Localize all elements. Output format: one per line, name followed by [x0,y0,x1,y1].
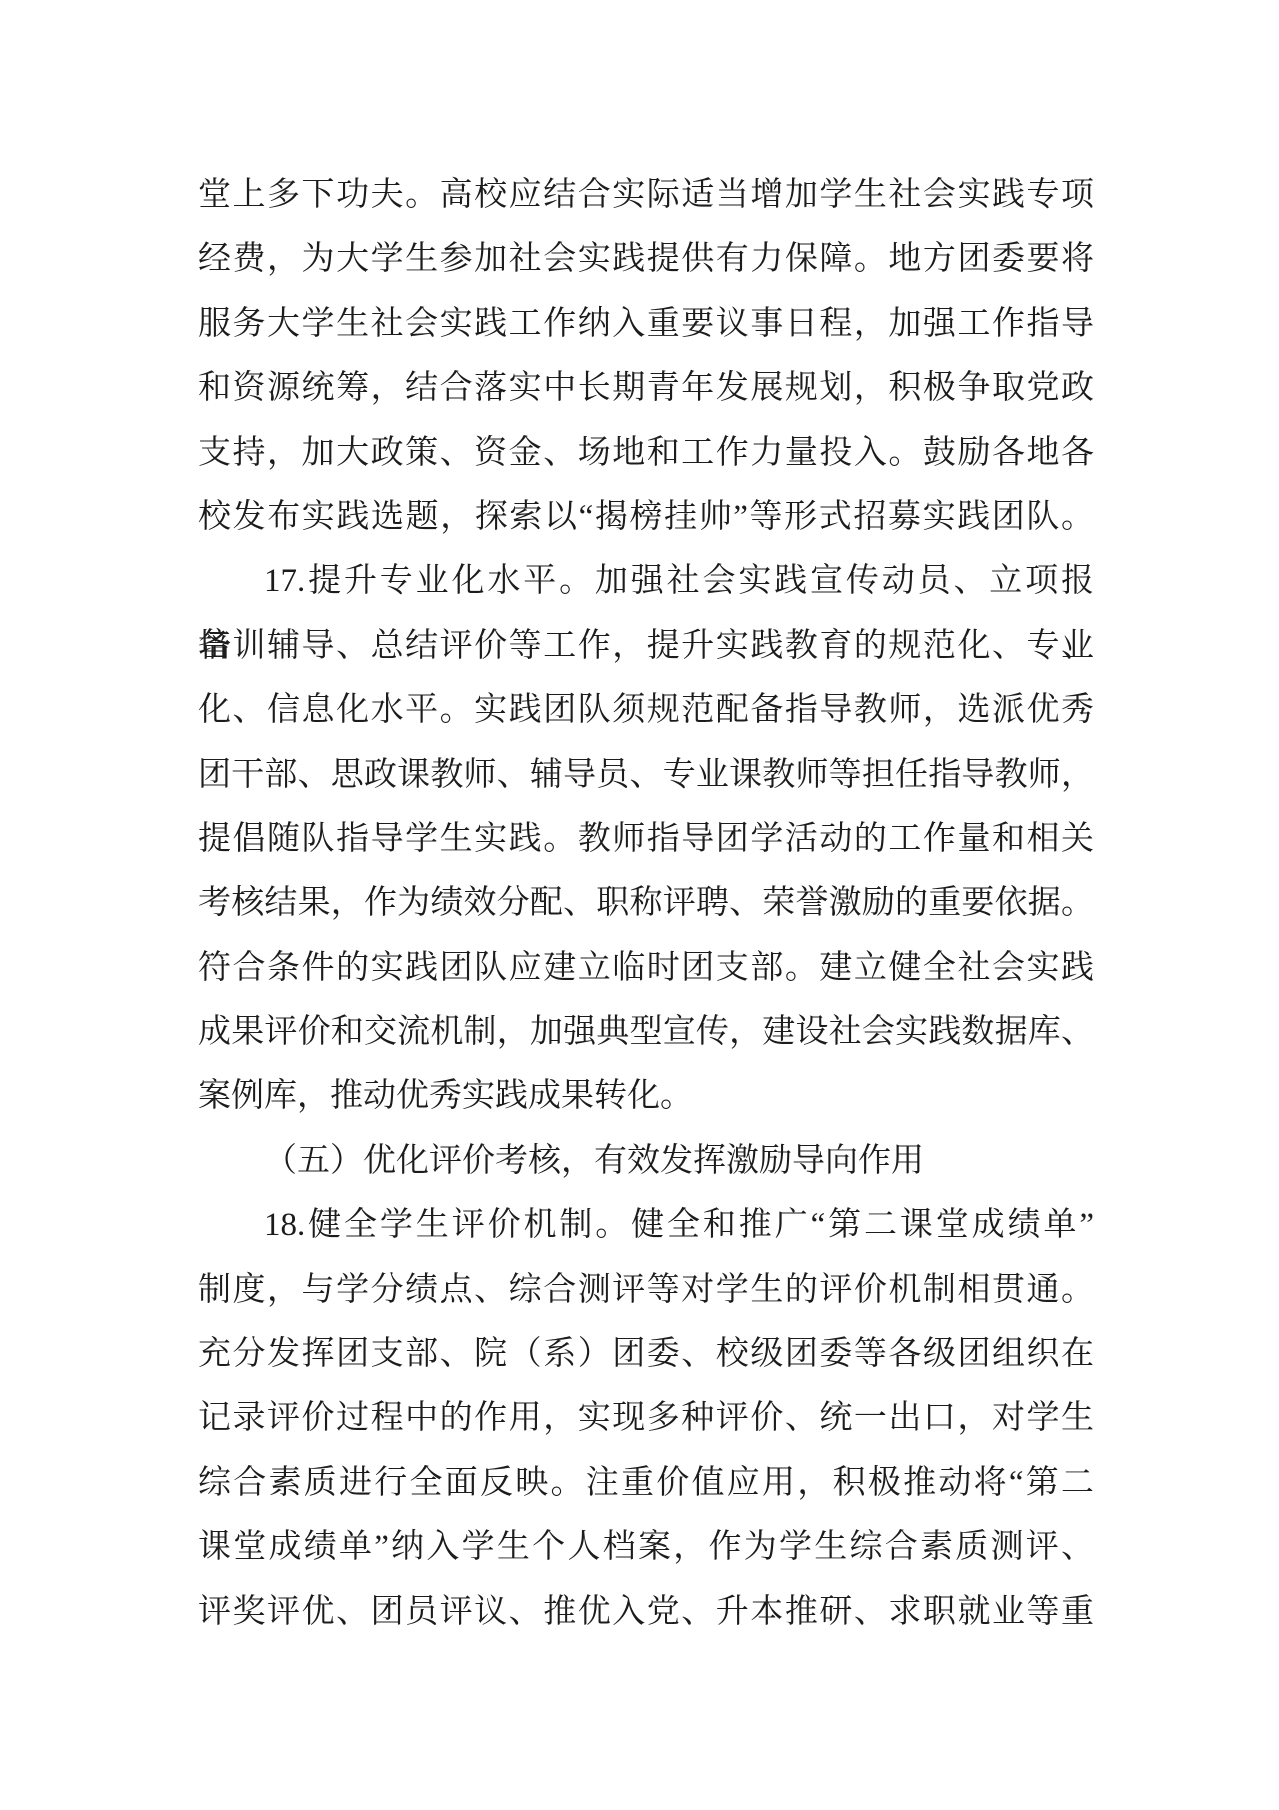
text-line-21: 综合素质进行全面反映。注重价值应用，积极推动将“第二 [198,1451,1094,1515]
text-line-20: 记录评价过程中的作用，实现多种评价、统一出口，对学生 [198,1386,1094,1450]
text-line-02: 经费，为大学生参加社会实践提供有力保障。地方团委要将 [198,227,1094,291]
text-line-09: 化、信息化水平。实践团队须规范配备指导教师，选派优秀 [198,678,1094,742]
text-line-23: 评奖评优、团员评议、推优入党、升本推研、求职就业等重 [198,1580,1094,1644]
text-line-01: 堂上多下功夫。高校应结合实际适当增加学生社会实践专项 [198,163,1094,227]
subsection-heading: （五）优化评价考核，有效发挥激励导向作用 [198,1129,1094,1193]
document-page: 堂上多下功夫。高校应结合实际适当增加学生社会实践专项 经费，为大学生参加社会实践… [0,0,1279,1810]
text-line-22: 课堂成绩单”纳入学生个人档案，作为学生综合素质测评、 [198,1515,1094,1579]
text-line-18: 制度，与学分绩点、综合测评等对学生的评价机制相贯通。 [198,1258,1094,1322]
text-line-14: 成果评价和交流机制，加强典型宣传，建设社会实践数据库、 [198,1000,1094,1064]
text-line-03: 服务大学生社会实践工作纳入重要议事日程，加强工作指导 [198,292,1094,356]
document-text-block: 堂上多下功夫。高校应结合实际适当增加学生社会实践专项 经费，为大学生参加社会实践… [198,163,1094,1644]
text-line-12: 考核结果，作为绩效分配、职称评聘、荣誉激励的重要依据。 [198,871,1094,935]
text-line-04: 和资源统筹，结合落实中长期青年发展规划，积极争取党政 [198,356,1094,420]
text-line-05: 支持，加大政策、资金、场地和工作力量投入。鼓励各地各 [198,421,1094,485]
text-line-13: 符合条件的实践团队应建立临时团支部。建立健全社会实践 [198,936,1094,1000]
text-line-11: 提倡随队指导学生实践。教师指导团学活动的工作量和相关 [198,807,1094,871]
paragraph-last-line: 案例库，推动优秀实践成果转化。 [198,1064,1094,1128]
item-18-first-line: 18.健全学生评价机制。健全和推广“第二课堂成绩单” [198,1193,1094,1257]
item-17-first-line: 17.提升专业化水平。加强社会实践宣传动员、立项报备、 [198,549,1094,613]
text-line-19: 充分发挥团支部、院（系）团委、校级团委等各级团组织在 [198,1322,1094,1386]
text-line-08: 培训辅导、总结评价等工作，提升实践教育的规范化、专业 [198,614,1094,678]
text-line-06: 校发布实践选题，探索以“揭榜挂帅”等形式招募实践团队。 [198,485,1094,549]
text-line-10: 团干部、思政课教师、辅导员、专业课教师等担任指导教师， [198,743,1094,807]
